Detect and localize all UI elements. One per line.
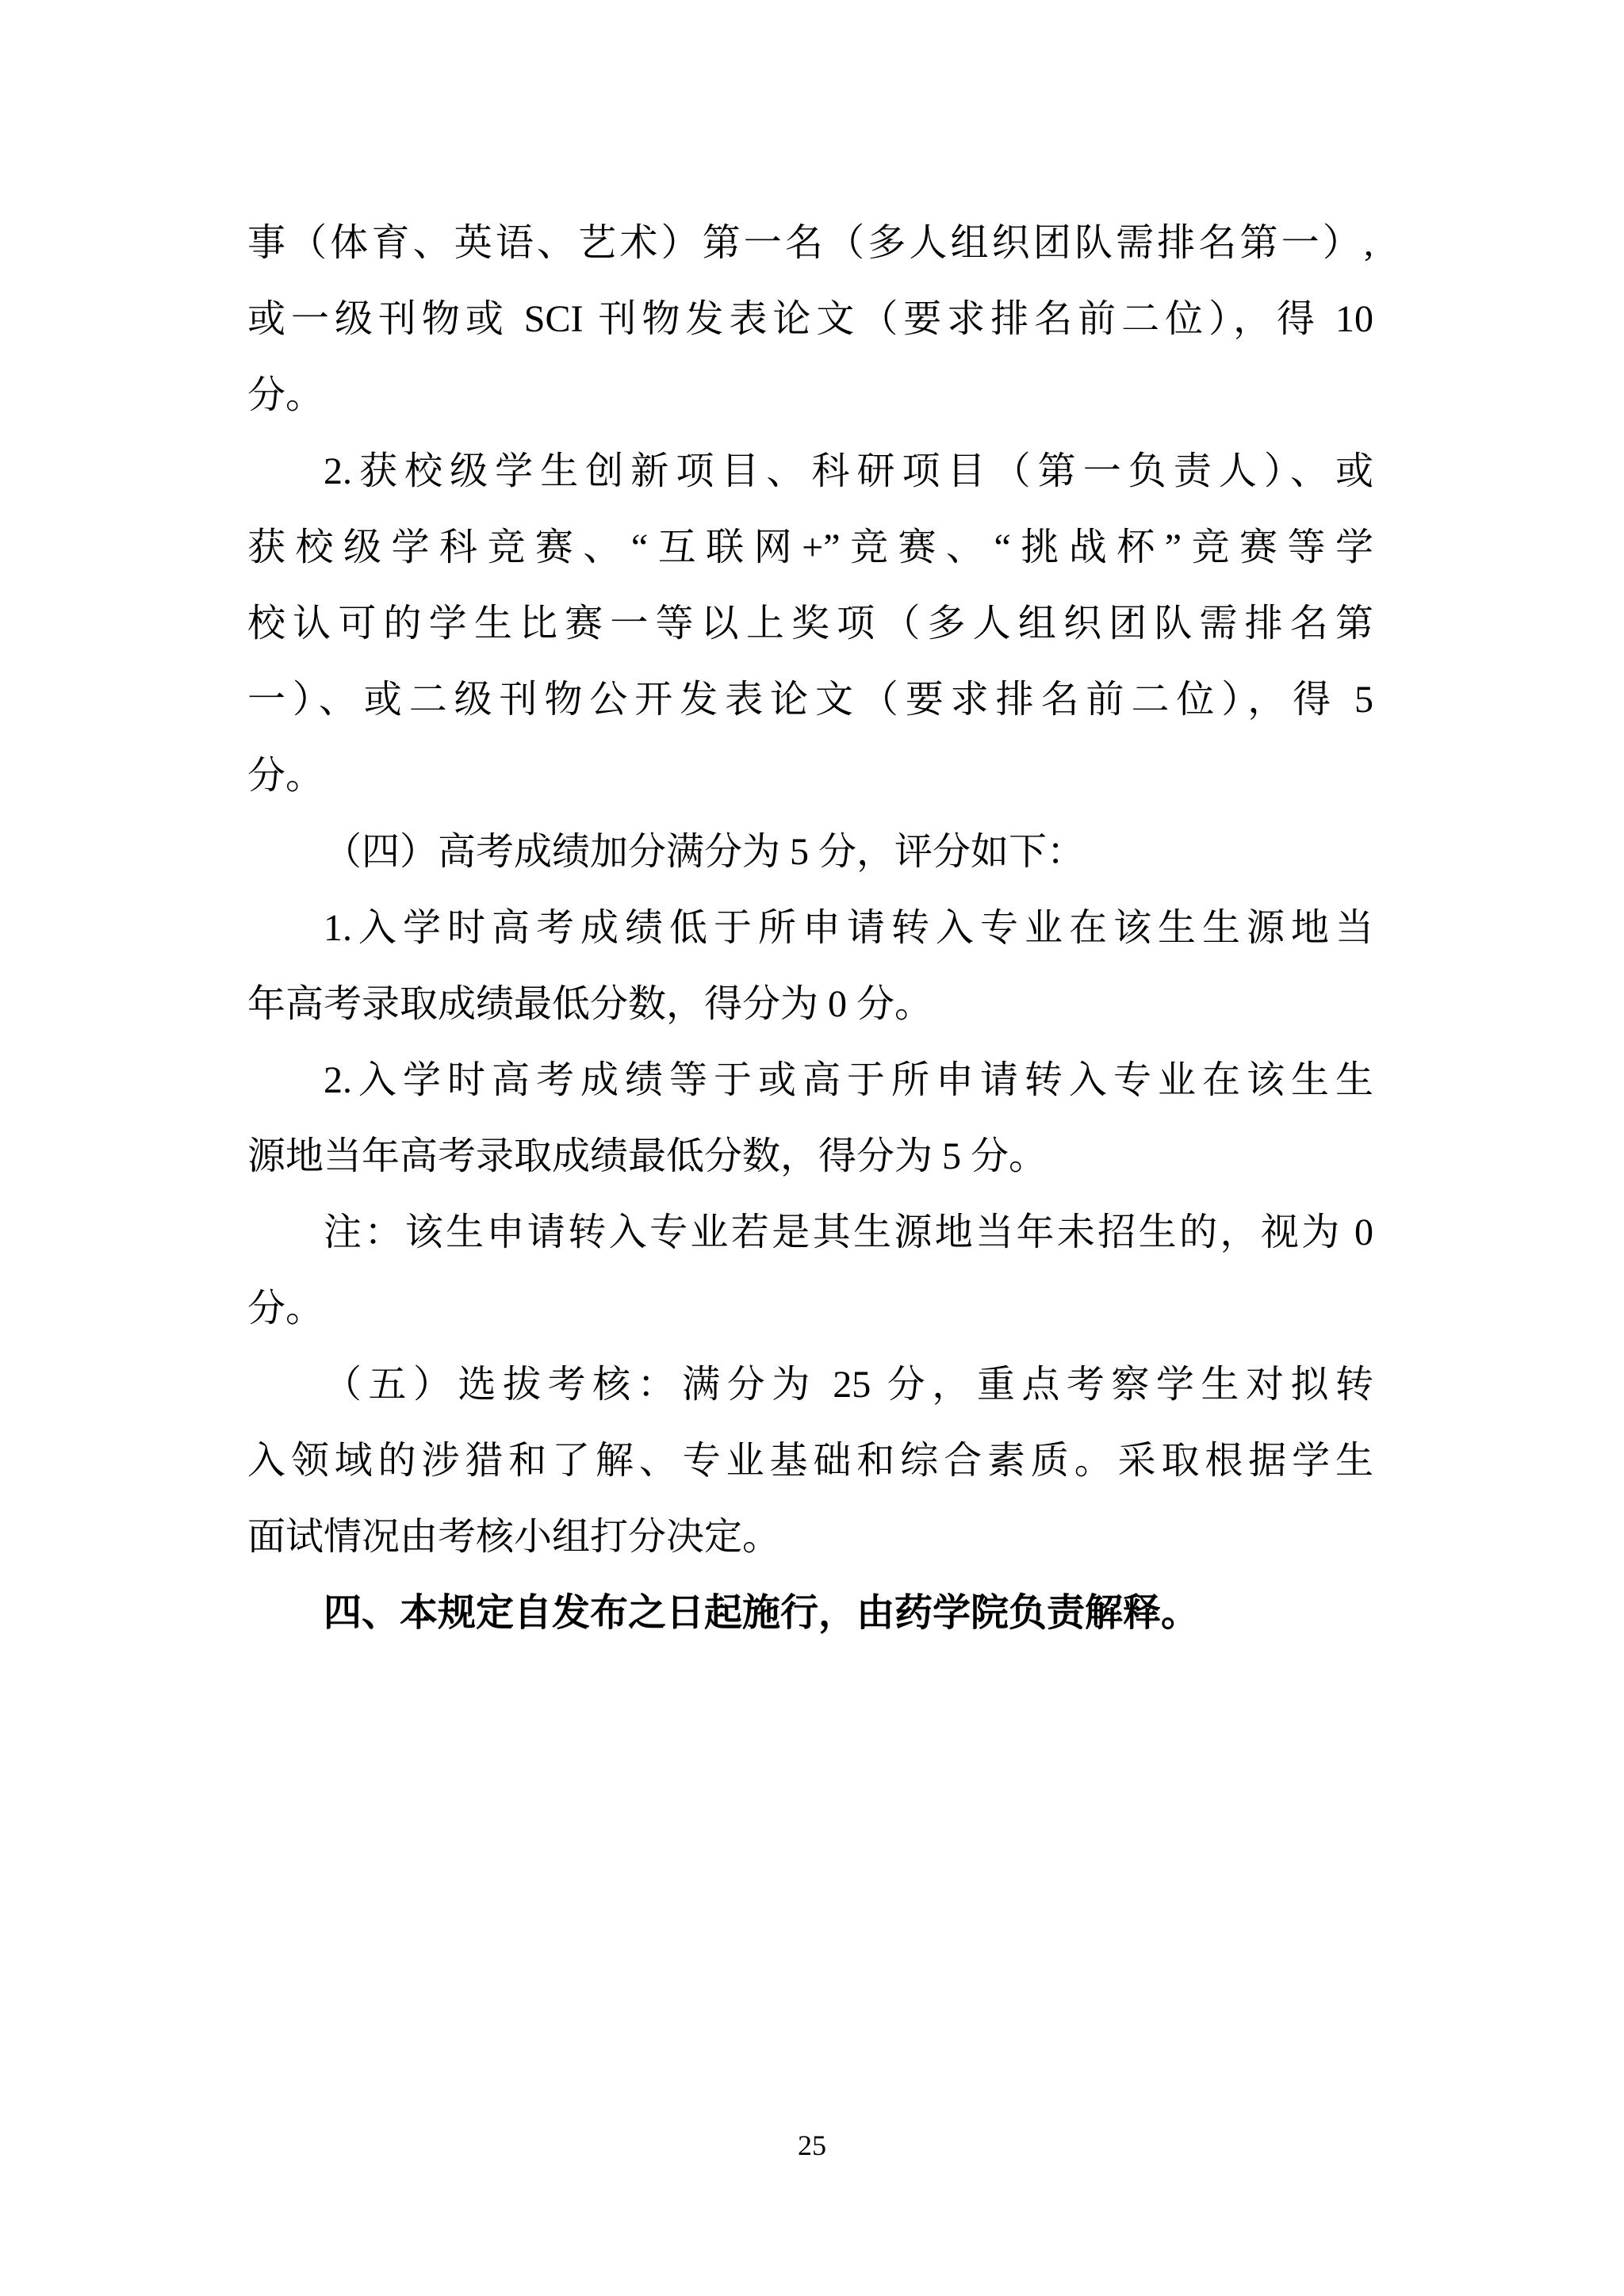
text-line: （五）选拔考核：满分为 25 分，重点考察学生对拟转: [247, 1347, 1373, 1423]
text-line: 2.入学时高考成绩等于或高于所申请转入专业在该生生: [247, 1043, 1373, 1119]
text-line: 事（体育、英语、艺术）第一名（多人组织团队需排名第一）,: [247, 205, 1373, 281]
text-line: 校认可的学生比赛一等以上奖项（多人组织团队需排名第: [247, 586, 1373, 662]
page-number: 25: [0, 2130, 1624, 2161]
document-page: 事（体育、英语、艺术）第一名（多人组织团队需排名第一）,或一级刊物或 SCI 刊…: [0, 0, 1624, 2296]
text-line: 四、本规定自发布之日起施行，由药学院负责解释。: [247, 1575, 1373, 1651]
text-line: 入领域的涉猎和了解、专业基础和综合素质。采取根据学生: [247, 1423, 1373, 1499]
body-text: 事（体育、英语、艺术）第一名（多人组织团队需排名第一）,或一级刊物或 SCI 刊…: [247, 205, 1373, 1651]
text-line: 分。: [247, 358, 1373, 434]
text-line: 分。: [247, 738, 1373, 814]
text-line: 年高考录取成绩最低分数，得分为 0 分。: [247, 966, 1373, 1043]
text-line: （四）高考成绩加分满分为 5 分，评分如下：: [247, 814, 1373, 890]
text-line: 1.入学时高考成绩低于所申请转入专业在该生生源地当: [247, 890, 1373, 966]
text-line: 注：该生申请转入专业若是其生源地当年未招生的，视为 0: [247, 1195, 1373, 1271]
text-line: 2.获校级学生创新项目、科研项目（第一负责人）、或: [247, 434, 1373, 510]
text-line: 一）、或二级刊物公开发表论文（要求排名前二位），得 5: [247, 662, 1373, 738]
text-line: 分。: [247, 1271, 1373, 1347]
text-line: 面试情况由考核小组打分决定。: [247, 1499, 1373, 1575]
text-line: 源地当年高考录取成绩最低分数，得分为 5 分。: [247, 1119, 1373, 1195]
text-line: 获校级学科竞赛、“互联网+”竞赛、“挑战杯”竞赛等学: [247, 510, 1373, 586]
text-line: 或一级刊物或 SCI 刊物发表论文（要求排名前二位），得 10: [247, 281, 1373, 358]
